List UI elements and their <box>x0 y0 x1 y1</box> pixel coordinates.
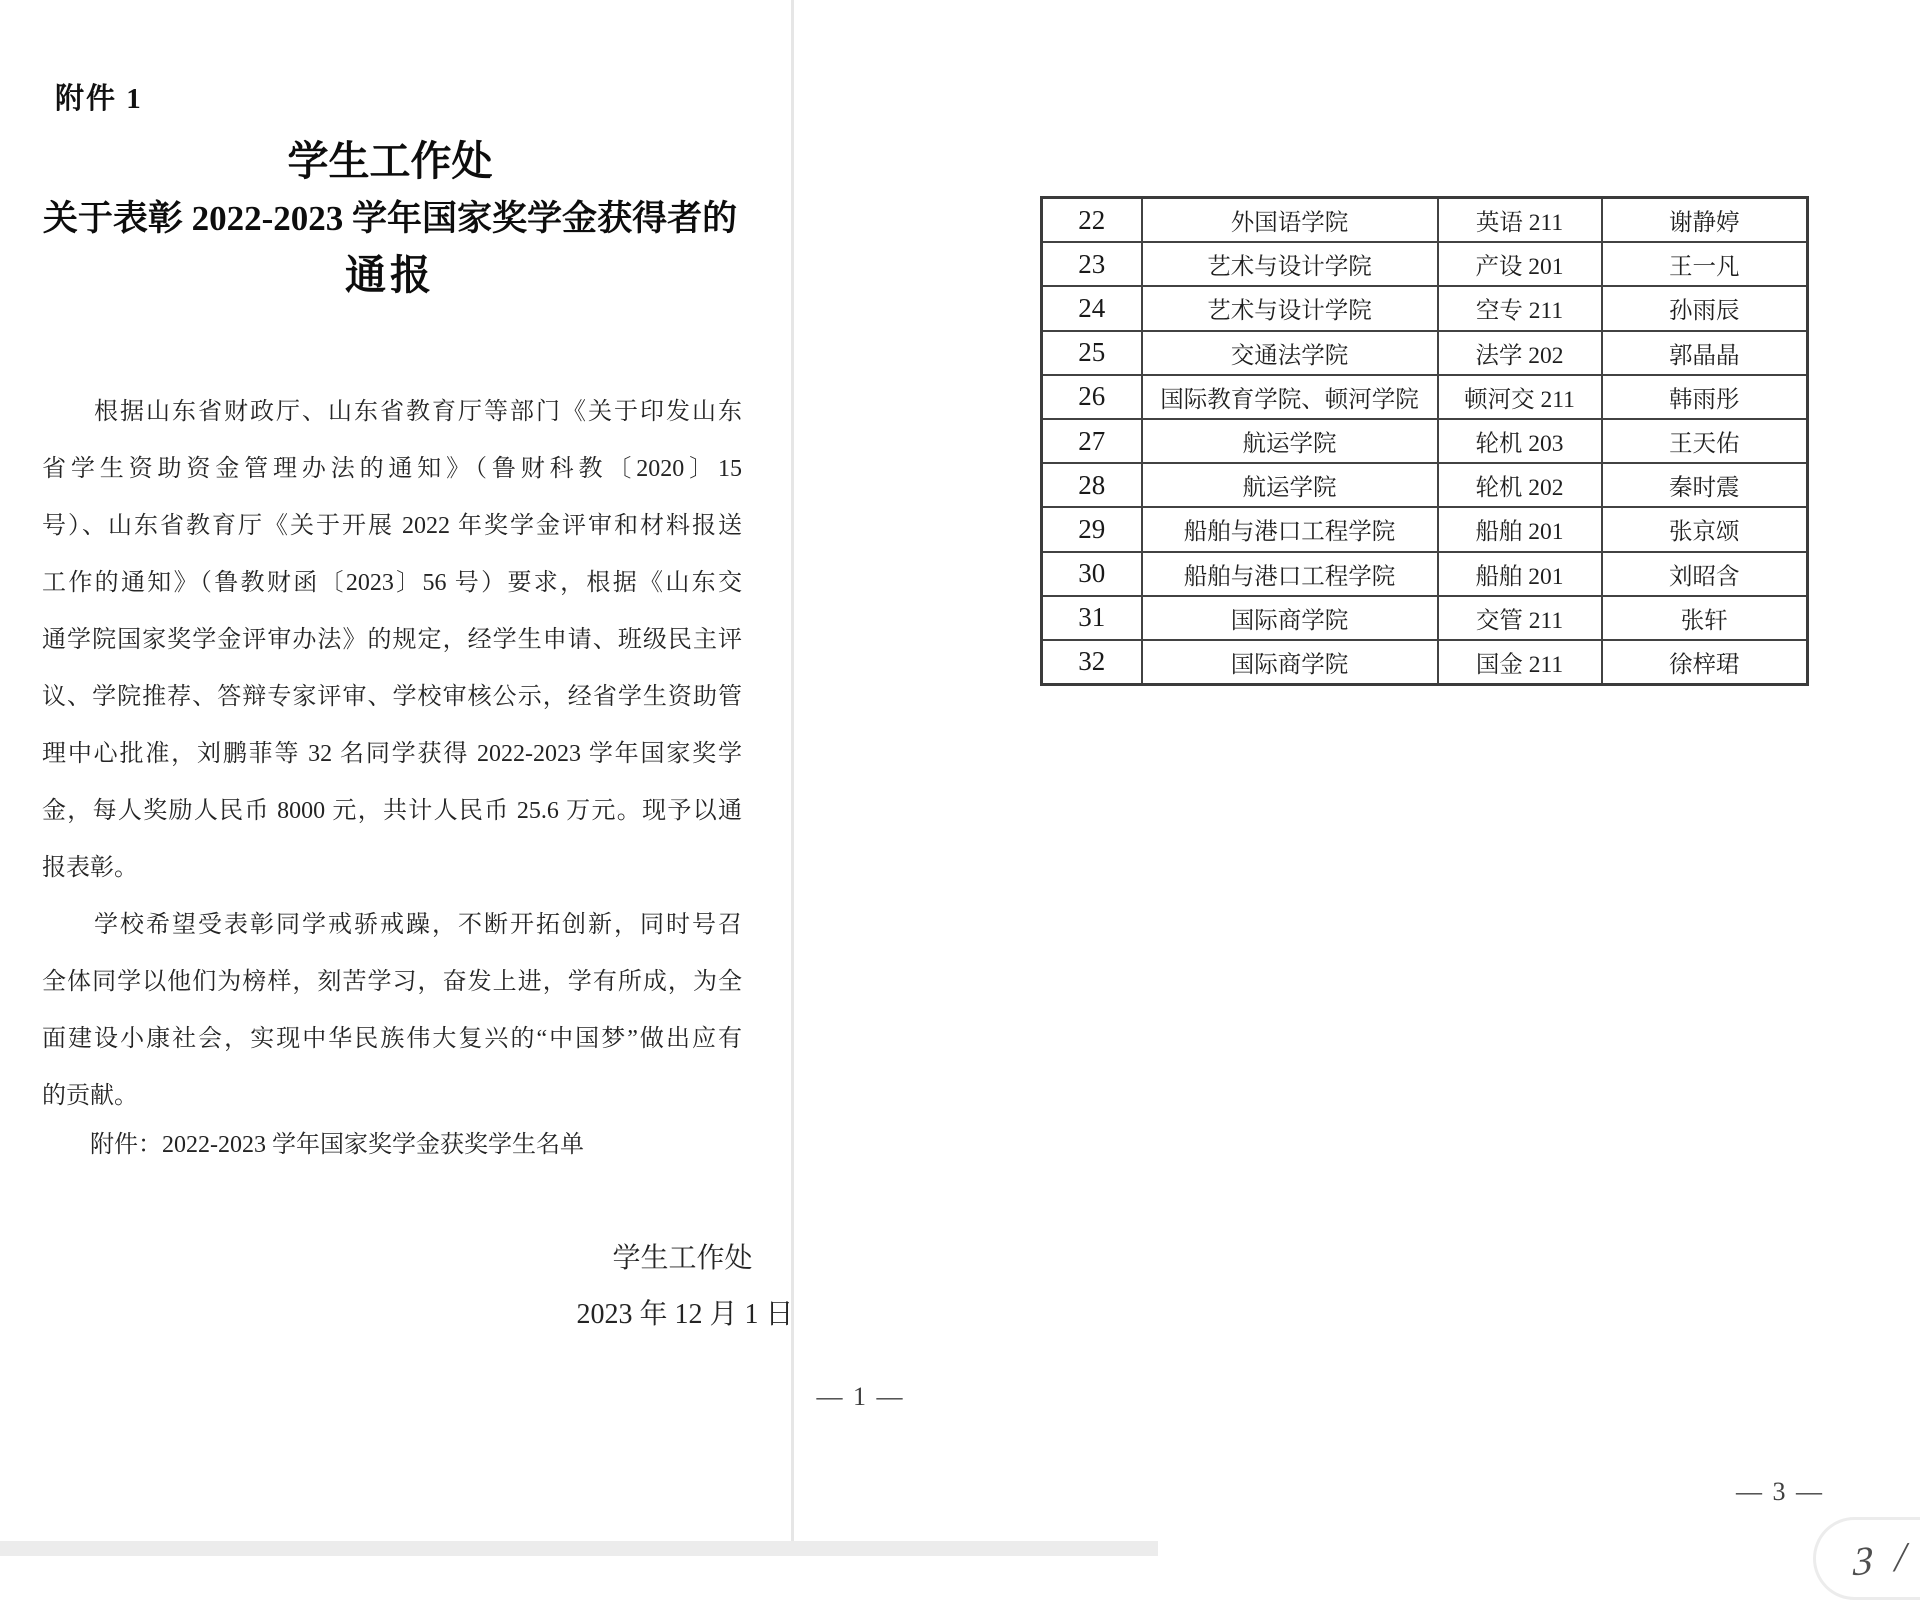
table-row: 25交通法学院法学 202郭晶晶 <box>1042 331 1808 375</box>
table-row: 26国际教育学院、顿河学院顿河交 211韩雨彤 <box>1042 375 1808 419</box>
text-line: 全体同学以他们为榜样，刻苦学习，奋发上进，学有所成，为全 <box>42 954 742 1011</box>
table-cell: 航运学院 <box>1142 463 1438 507</box>
table-cell: 25 <box>1042 331 1142 375</box>
title-line-1: 学生工作处 <box>40 132 740 190</box>
scan-canvas: 附件 1 学生工作处 关于表彰 2022-2023 学年国家奖学金获得者的 通报… <box>0 0 1920 1623</box>
text-line: 理中心批准，刘鹏菲等 32 名同学获得 2022-2023 学年国家奖学 <box>42 726 742 783</box>
table-cell: 韩雨彤 <box>1602 375 1808 419</box>
table-cell: 郭晶晶 <box>1602 331 1808 375</box>
title-line-3: 通报 <box>40 247 740 304</box>
table-cell: 产设 201 <box>1438 242 1602 286</box>
table-cell: 谢静婷 <box>1602 198 1808 243</box>
text-line: 报表彰。 <box>42 840 742 897</box>
table-cell: 船舶与港口工程学院 <box>1142 552 1438 596</box>
table-cell: 孙雨辰 <box>1602 286 1808 330</box>
text-line: 号）、山东省教育厅《关于开展 2022 年奖学金评审和材料报送 <box>42 498 742 555</box>
text-line: 省学生资助资金管理办法的通知》（鲁财科教〔2020〕15 <box>42 441 742 498</box>
document-title: 学生工作处 关于表彰 2022-2023 学年国家奖学金获得者的 通报 <box>40 132 740 304</box>
handwritten-page-note: 3 / 3 <box>1813 1517 1920 1600</box>
table-row: 29船舶与港口工程学院船舶 201张京颂 <box>1042 507 1808 551</box>
text-line: 学校希望受表彰同学戒骄戒躁，不断开拓创新，同时号召 <box>42 897 742 954</box>
table-row: 32国际商学院国金 211徐梓珺 <box>1042 640 1808 685</box>
signature-date: 2023 年 12 月 1 日 <box>515 1292 855 1332</box>
text-line: 议、学院推荐、答辩专家评审、学校审核公示，经省学生资助管 <box>42 669 742 726</box>
table-row: 24艺术与设计学院空专 211孙雨辰 <box>1042 286 1808 330</box>
signature: 学生工作处 <box>555 1236 810 1276</box>
table-cell: 轮机 203 <box>1438 419 1602 463</box>
table-row: 27航运学院轮机 203王天佑 <box>1042 419 1808 463</box>
table-row: 22外国语学院英语 211谢静婷 <box>1042 198 1808 243</box>
text-line: 通学院国家奖学金评审办法》的规定，经学生申请、班级民主评 <box>42 612 742 669</box>
table-cell: 艺术与设计学院 <box>1142 242 1438 286</box>
table-cell: 31 <box>1042 596 1142 640</box>
table-cell: 22 <box>1042 198 1142 243</box>
table-row: 30船舶与港口工程学院船舶 201刘昭含 <box>1042 552 1808 596</box>
table-cell: 交通法学院 <box>1142 331 1438 375</box>
table-cell: 30 <box>1042 552 1142 596</box>
table-cell: 交管 211 <box>1438 596 1602 640</box>
table-cell: 国际商学院 <box>1142 640 1438 685</box>
attachment-label: 附件 1 <box>55 76 143 117</box>
text-line: 面建设小康社会，实现中华民族伟大复兴的“中国梦”做出应有 <box>42 1011 742 1068</box>
text-line: 金，每人奖励人民币 8000 元，共计人民币 25.6 万元。现予以通 <box>42 783 742 840</box>
table-cell: 张京颂 <box>1602 507 1808 551</box>
text-line: 根据山东省财政厅、山东省教育厅等部门《关于印发山东 <box>42 384 742 441</box>
table-cell: 航运学院 <box>1142 419 1438 463</box>
scholarship-table-body: 22外国语学院英语 211谢静婷23艺术与设计学院产设 201王一凡24艺术与设… <box>1042 198 1808 685</box>
table-cell: 空专 211 <box>1438 286 1602 330</box>
handwritten-text: 3 / 3 <box>1815 1517 1920 1600</box>
table-cell: 顿河交 211 <box>1438 375 1602 419</box>
table-cell: 27 <box>1042 419 1142 463</box>
paragraph-2: 学校希望受表彰同学戒骄戒躁，不断开拓创新，同时号召全体同学以他们为榜样，刻苦学习… <box>42 897 742 1125</box>
table-row: 28航运学院轮机 202秦时震 <box>1042 463 1808 507</box>
table-cell: 28 <box>1042 463 1142 507</box>
table-cell: 国金 211 <box>1438 640 1602 685</box>
table-cell: 王一凡 <box>1602 242 1808 286</box>
paragraph-1: 根据山东省财政厅、山东省教育厅等部门《关于印发山东省学生资助资金管理办法的通知》… <box>42 384 742 897</box>
page-number-1: — 1 — <box>793 1382 928 1412</box>
table-cell: 船舶 201 <box>1438 507 1602 551</box>
page-number-3: — 3 — <box>1722 1477 1838 1507</box>
text-line: 工作的通知》（鲁教财函〔2023〕56 号）要求，根据《山东交 <box>42 555 742 612</box>
table-cell: 王天佑 <box>1602 419 1808 463</box>
table-cell: 张轩 <box>1602 596 1808 640</box>
table-cell: 24 <box>1042 286 1142 330</box>
attachment-reference: 附件：2022-2023 学年国家奖学金获奖学生名单 <box>42 1117 742 1174</box>
table-cell: 外国语学院 <box>1142 198 1438 243</box>
scanned-document-viewer: { "page1": { "attachment_label": "附件 1",… <box>0 0 1920 1623</box>
table-cell: 29 <box>1042 507 1142 551</box>
table-row: 23艺术与设计学院产设 201王一凡 <box>1042 242 1808 286</box>
table-cell: 国际教育学院、顿河学院 <box>1142 375 1438 419</box>
table-cell: 轮机 202 <box>1438 463 1602 507</box>
table-cell: 国际商学院 <box>1142 596 1438 640</box>
table-cell: 秦时震 <box>1602 463 1808 507</box>
table-cell: 艺术与设计学院 <box>1142 286 1438 330</box>
table-cell: 32 <box>1042 640 1142 685</box>
page-divider-line <box>791 0 794 1541</box>
table-cell: 英语 211 <box>1438 198 1602 243</box>
title-line-2: 关于表彰 2022-2023 学年国家奖学金获得者的 <box>40 190 740 247</box>
table-cell: 26 <box>1042 375 1142 419</box>
scholarship-table: 22外国语学院英语 211谢静婷23艺术与设计学院产设 201王一凡24艺术与设… <box>1040 196 1809 686</box>
table-row: 31国际商学院交管 211张轩 <box>1042 596 1808 640</box>
scan-edge-band <box>0 1541 1158 1556</box>
table-cell: 刘昭含 <box>1602 552 1808 596</box>
table-cell: 船舶 201 <box>1438 552 1602 596</box>
table-cell: 法学 202 <box>1438 331 1602 375</box>
table-cell: 徐梓珺 <box>1602 640 1808 685</box>
table-cell: 船舶与港口工程学院 <box>1142 507 1438 551</box>
table-cell: 23 <box>1042 242 1142 286</box>
